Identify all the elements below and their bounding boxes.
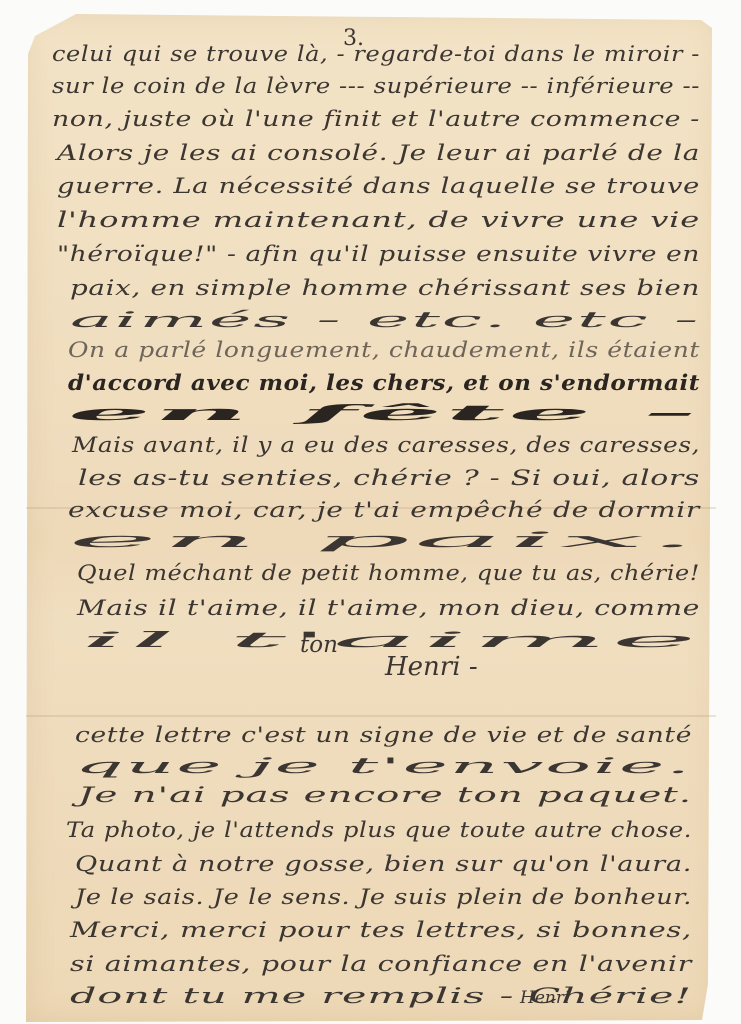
fold-crease — [26, 715, 716, 717]
signature: Henri - — [385, 652, 478, 682]
handwritten-line: Je n'ai pas encore ton paquet. — [78, 783, 692, 807]
handwritten-line: aimés - etc. etc - — [70, 308, 700, 332]
handwritten-line: excuse moi, car, je t'ai empêché de dorm… — [68, 498, 700, 522]
handwritten-line: Ta photo, je l'attends plus que toute au… — [66, 818, 692, 842]
handwritten-line: Je le sais. Je le sens. Je suis plein de… — [75, 885, 692, 909]
handwritten-line: Merci, merci pour tes lettres, si bonnes… — [70, 918, 692, 942]
handwritten-line: si aimantes, pour la confiance en l'aven… — [70, 952, 692, 976]
postscript-signature: Henri — [520, 988, 569, 1008]
handwritten-line: paix, en simple homme chérissant ses bie… — [70, 276, 700, 300]
closing-word: ton — [300, 632, 338, 658]
handwritten-line: d'accord avec moi, les chers, et on s'en… — [68, 370, 700, 395]
handwritten-line: l'homme maintenant, de vivre une vie — [57, 208, 700, 232]
handwritten-line: il t'aime — [80, 628, 700, 652]
handwritten-line: guerre. La nécessité dans laquelle se tr… — [57, 174, 700, 198]
handwritten-line: non, juste où l'une finit et l'autre com… — [52, 107, 700, 131]
handwritten-line: "héroïque!" - afin qu'il puisse ensuite … — [57, 242, 700, 266]
handwritten-line: Quel méchant de petit homme, que tu as, … — [77, 561, 700, 585]
handwritten-line: que je t'envoie. — [75, 754, 692, 778]
handwritten-line: Mais il t'aime, il t'aime, mon dieu, com… — [77, 596, 700, 620]
handwritten-line: dont tu me remplis - Chérie! — [70, 984, 692, 1008]
handwritten-line: sur le coin de la lèvre --- supérieure -… — [52, 74, 700, 98]
handwritten-line: en paix. — [68, 528, 700, 552]
handwritten-line: Mais avant, il y a eu des caresses, des … — [72, 433, 700, 457]
handwritten-line: en fête - — [68, 400, 700, 425]
handwritten-line: Quant à notre gosse, bien sur qu'on l'au… — [75, 852, 692, 876]
handwritten-line: Alors je les ai consolé. Je leur ai parl… — [57, 141, 700, 165]
handwritten-line: les as-tu senties, chérie ? - Si oui, al… — [78, 466, 700, 490]
handwritten-line: cette lettre c'est un signe de vie et de… — [75, 723, 692, 747]
handwritten-line: On a parlé longuement, chaudement, ils é… — [68, 338, 700, 362]
handwritten-line: celui qui se trouve là, - regarde-toi da… — [52, 42, 700, 66]
